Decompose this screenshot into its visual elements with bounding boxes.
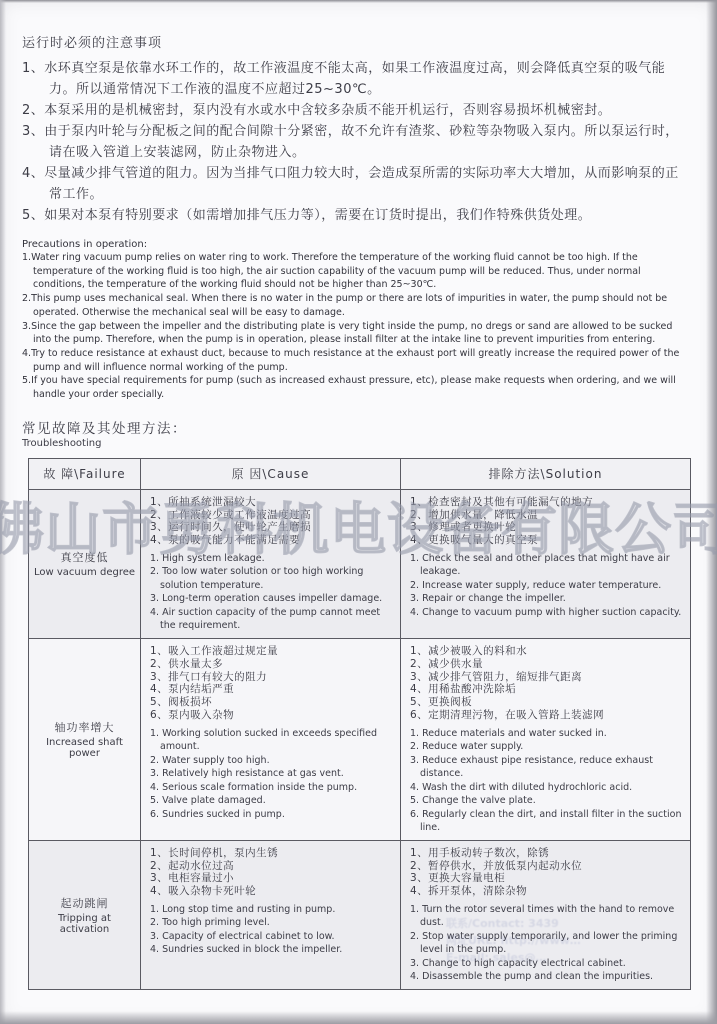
note-item: 4、尽量减少排气管道的阻力。因为当排气口阻力较大时，会造成泵所需的实际功率大大增… (22, 163, 689, 205)
cell-line: 4. Wash the dirt with diluted hydrochlor… (410, 781, 682, 795)
precautions-section: Precautions in operation: 1.Water ring v… (22, 239, 689, 402)
page-content: 运行时必须的注意事项 1、水环真空泵是依靠水环工作的，故工作液温度不能太高，如果… (0, 0, 717, 990)
cell-line: 6. Regularly clean the dirt, and install… (410, 808, 682, 835)
cause-en-list: 1. Working solution sucked in exceeds sp… (150, 727, 392, 822)
cause-cell: 1、所抽系统泄漏较大2、工作液较少或工作液温度过高3、运行时间久，使叶轮产生磨损… (141, 490, 401, 639)
cell-line: 3、更换大容量电柜 (410, 872, 682, 885)
failure-cell: 真空度低 Low vacuum degree (29, 490, 141, 639)
cell-line: 1、吸入工作液超过规定量 (150, 645, 392, 658)
header-cell-cause: 原 因\Cause (141, 459, 401, 490)
solution-en-list: 1. Check the seal and other places that … (410, 552, 682, 620)
note-item: 2、本泵采用的是机械密封，泵内没有水或水中含较多杂质不能开机运行，否则容易损坏机… (22, 100, 689, 121)
cell-line: 6. Sundries sucked in pump. (150, 808, 392, 822)
troubleshooting-title-zh: 常见故障及其处理方法： (22, 417, 689, 437)
cell-line: 2. Reduce water supply. (410, 740, 682, 754)
cell-line: 4、泵的吸气能力不能满足需要 (150, 534, 392, 547)
failure-name-zh: 起动跳闸 (61, 895, 109, 911)
cell-line: 2. Too high priming level. (150, 916, 392, 930)
faults-table: 故 障\Failure 原 因\Cause 排除方法\Solution 真空度低… (28, 458, 691, 990)
cell-line: 1. Long stop time and rusting in pump. (150, 903, 392, 917)
cell-line: 4. Serious scale formation inside the pu… (150, 781, 392, 795)
cell-line: 1、用手板动转子数次，除锈 (410, 847, 682, 860)
failure-name-en: Low vacuum degree (34, 567, 135, 578)
cell-line: 5、阀板损坏 (150, 696, 392, 709)
table-header-row: 故 障\Failure 原 因\Cause 排除方法\Solution (29, 459, 690, 490)
cell-line: 1. Reduce materials and water sucked in. (410, 727, 682, 741)
solution-cell: 1、减少被吸入的料和水2、减少供水量3、减少排气管阻力，缩短排气距离4、用稀盐酸… (401, 639, 690, 841)
solution-en-list: 1. Reduce materials and water sucked in.… (410, 727, 682, 835)
cell-line: 3、减少排气管阻力，缩短排气距离 (410, 671, 682, 684)
cell-line: 2、暂停供水，并放低泵内起动水位 (410, 860, 682, 873)
cell-line: 5. Change the valve plate. (410, 794, 682, 808)
cell-line: 2、增加供水量，降低水温 (410, 509, 682, 522)
cell-line: 2、工作液较少或工作液温度过高 (150, 509, 392, 522)
cell-line: 3、运行时间久，使叶轮产生磨损 (150, 521, 392, 534)
precaution-item: 3.Since the gap between the impeller and… (22, 320, 689, 347)
solution-cell: 1、检查密封及其他有可能漏气的地方2、增加供水量，降低水温3、修理或者更换叶轮4… (401, 490, 690, 639)
precaution-item: 4.Try to reduce resistance at exhaust du… (22, 347, 689, 374)
cell-line: 3、修理或者更换叶轮 (410, 521, 682, 534)
solution-en-list: 1. Turn the rotor several times with the… (410, 903, 682, 984)
cell-line: 4. Disassemble the pump and clean the im… (410, 970, 682, 984)
failure-name-zh: 轴功率增大 (55, 719, 115, 735)
cell-line: 4、泵内结垢严重 (150, 683, 392, 696)
precautions-title: Precautions in operation: (22, 239, 689, 250)
cell-line: 4、吸入杂物卡死叶轮 (150, 885, 392, 898)
failure-name-en: Increased shaft power (33, 737, 136, 759)
notes-list: 1、水环真空泵是依靠水环工作的，故工作液温度不能太高，如果工作液温度过高，则会降… (22, 58, 689, 226)
cell-line: 2. Too low water solution or too high wo… (150, 565, 392, 592)
cell-line: 1. Check the seal and other places that … (410, 552, 682, 579)
fault-row-shaft-power: 轴功率增大 Increased shaft power 1、吸入工作液超过规定量… (29, 639, 690, 841)
solution-zh-list: 1、用手板动转子数次，除锈2、暂停供水，并放低泵内起动水位3、更换大容量电柜4、… (410, 847, 682, 898)
cell-line: 3. Reduce exhaust pipe resistance, reduc… (410, 754, 682, 781)
cell-line: 1. Working solution sucked in exceeds sp… (150, 727, 392, 754)
cell-line: 3. Repair or change the impeller. (410, 592, 682, 606)
cause-cell: 1、长时间停机，泵内生锈2、起动水位过高3、电柜容量过小4、吸入杂物卡死叶轮 1… (141, 841, 401, 989)
cell-line: 3、电柜容量过小 (150, 872, 392, 885)
cause-zh-list: 1、长时间停机，泵内生锈2、起动水位过高3、电柜容量过小4、吸入杂物卡死叶轮 (150, 847, 392, 898)
solution-cell: 1、用手板动转子数次，除锈2、暂停供水，并放低泵内起动水位3、更换大容量电柜4、… (401, 841, 690, 989)
cell-line: 4、拆开泵体，清除杂物 (410, 885, 682, 898)
note-item: 3、由于泵内叶轮与分配板之间的配合间隙十分紧密，故不允许有渣浆、砂粒等杂物吸入泵… (22, 121, 689, 163)
cell-line: 4、更换吸气量大的真空泵 (410, 534, 682, 547)
cell-line: 1. Turn the rotor several times with the… (410, 903, 682, 930)
cell-line: 3、排气口有较大的阻力 (150, 671, 392, 684)
notes-title: 运行时必须的注意事项 (22, 32, 689, 51)
cell-line: 4. Air suction capacity of the pump cann… (150, 606, 392, 633)
cause-cell: 1、吸入工作液超过规定量2、供水量太多3、排气口有较大的阻力4、泵内结垢严重5、… (141, 639, 401, 841)
precautions-list: 1.Water ring vacuum pump relies on water… (22, 251, 689, 402)
precaution-item: 2.This pump uses mechanical seal. When t… (22, 292, 689, 319)
note-item: 5、如果对本泵有特别要求（如需增加排气压力等），需要在订货时提出，我们作特殊供货… (22, 205, 689, 226)
failure-cell: 起动跳闸 Tripping at activation (29, 841, 141, 989)
cell-line: 4. Sundries sucked in block the impeller… (150, 943, 392, 957)
cell-line: 2. Increase water supply, reduce water t… (410, 579, 682, 593)
scan-edge-bottom (0, 1011, 717, 1024)
cell-line: 2、起动水位过高 (150, 860, 392, 873)
scanned-manual-page: 佛山市勇科机电设备有限公司 联系/Contact: 3439网址URL: htt… (0, 0, 717, 1024)
cause-en-list: 1. High system leakage.2. Too low water … (150, 552, 392, 633)
note-item: 1、水环真空泵是依靠水环工作的，故工作液温度不能太高，如果工作液温度过高，则会降… (22, 58, 689, 100)
fault-row-tripping: 起动跳闸 Tripping at activation 1、长时间停机，泵内生锈… (29, 841, 690, 989)
cell-line: 5、更换阀板 (410, 696, 682, 709)
precaution-item: 5.If you have special requirements for p… (22, 374, 689, 401)
cell-line: 1、长时间停机，泵内生锈 (150, 847, 392, 860)
cell-line: 5. Valve plate damaged. (150, 794, 392, 808)
fault-row-low-vacuum: 真空度低 Low vacuum degree 1、所抽系统泄漏较大2、工作液较少… (29, 490, 690, 639)
solution-zh-list: 1、检查密封及其他有可能漏气的地方2、增加供水量，降低水温3、修理或者更换叶轮4… (410, 496, 682, 547)
cell-line: 1、所抽系统泄漏较大 (150, 496, 392, 509)
header-cell-failure: 故 障\Failure (29, 459, 141, 490)
cell-line: 2. Water supply too high. (150, 754, 392, 768)
precaution-item: 1.Water ring vacuum pump relies on water… (22, 251, 689, 292)
cause-zh-list: 1、所抽系统泄漏较大2、工作液较少或工作液温度过高3、运行时间久，使叶轮产生磨损… (150, 496, 392, 547)
cell-line: 4. Change to vacuum pump with higher suc… (410, 606, 682, 620)
cell-line: 3. Capacity of electrical cabinet to low… (150, 930, 392, 944)
cause-en-list: 1. Long stop time and rusting in pump.2.… (150, 903, 392, 957)
cell-line: 2、减少供水量 (410, 658, 682, 671)
failure-cell: 轴功率增大 Increased shaft power (29, 639, 141, 841)
cell-line: 1、减少被吸入的料和水 (410, 645, 682, 658)
cell-line: 3. Change to high capacity electrical ca… (410, 957, 682, 971)
failure-name-zh: 真空度低 (61, 549, 109, 565)
cell-line: 1. High system leakage. (150, 552, 392, 566)
failure-name-en: Tripping at activation (33, 913, 136, 935)
cell-line: 6、定期清理污物，在吸入管路上装滤网 (410, 709, 682, 722)
troubleshooting-title-en: Troubleshooting (22, 438, 689, 449)
cell-line: 3. Long-term operation causes impeller d… (150, 592, 392, 606)
cell-line: 3. Relatively high resistance at gas ven… (150, 767, 392, 781)
cell-line: 2. Stop water supply temporarily, and lo… (410, 930, 682, 957)
cell-line: 6、泵内吸入杂物 (150, 709, 392, 722)
cell-line: 4、用稀盐酸冲洗除垢 (410, 683, 682, 696)
header-cell-solution: 排除方法\Solution (401, 459, 690, 490)
cell-line: 1、检查密封及其他有可能漏气的地方 (410, 496, 682, 509)
solution-zh-list: 1、减少被吸入的料和水2、减少供水量3、减少排气管阻力，缩短排气距离4、用稀盐酸… (410, 645, 682, 722)
cause-zh-list: 1、吸入工作液超过规定量2、供水量太多3、排气口有较大的阻力4、泵内结垢严重5、… (150, 645, 392, 722)
cell-line: 2、供水量太多 (150, 658, 392, 671)
